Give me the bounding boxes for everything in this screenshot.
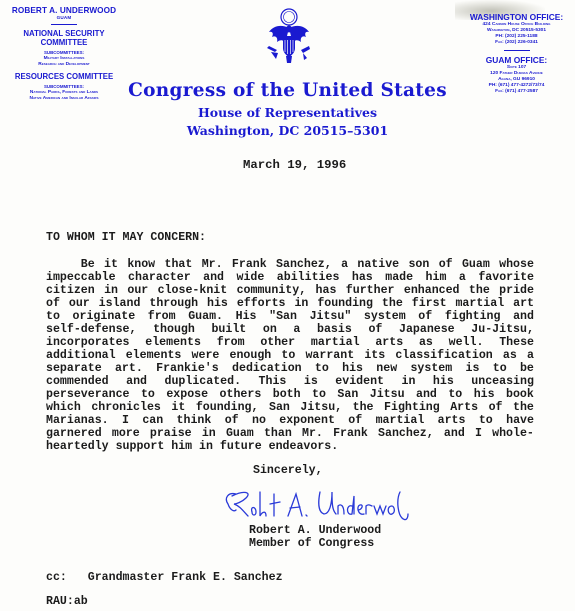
- washington-office-heading: WASHINGTON OFFICE:: [458, 12, 575, 22]
- body-line: heartedly support him in future endeavor…: [46, 440, 534, 453]
- member-name: ROBERT A. UNDERWOOD: [0, 6, 128, 15]
- cc-recipient: Grandmaster Frank E. Sanchez: [88, 571, 283, 584]
- reference-initials: RAU:ab: [46, 595, 88, 608]
- guam-office-heading: GUAM OFFICE:: [458, 55, 575, 65]
- closing: Sincerely,: [253, 464, 323, 477]
- cc-label: cc:: [46, 571, 67, 584]
- signer-name: Robert A. Underwood: [249, 524, 381, 537]
- member-district: Guam: [0, 15, 128, 20]
- body-line: additionalelementswereenoughtowarrantits…: [46, 349, 534, 362]
- body-line: ofourislandthroughhiseffortsinfoundingth…: [46, 297, 534, 310]
- body-line: separateart.Frankie'sdedicationtohisnews…: [46, 362, 534, 375]
- letterhead-title: Congress of the United States: [0, 80, 575, 101]
- body-line: impeccablecharacterandwideabilitieshasma…: [46, 271, 534, 284]
- cc-line: cc: Grandmaster Frank E. Sanchez: [46, 571, 283, 584]
- body-line: self-defense,thoughbuiltonabasisofJapane…: [46, 323, 534, 336]
- body-line: incorporateselementsfromothermartialarts…: [46, 336, 534, 349]
- body-line: commendedandduplicated.Thisisevidentinhi…: [46, 375, 534, 388]
- body-line: citizeninourclose-knitcommunity,hasfurth…: [46, 284, 534, 297]
- office-fax: Fax: (202) 226-0341: [458, 40, 575, 46]
- letter-body: BeitknowthatMr.FrankSanchez,anativesonof…: [46, 258, 534, 453]
- body-line: whichchroniclesitfounding,SanJitsu,theFi…: [46, 401, 534, 414]
- divider: [51, 24, 77, 25]
- body-line: tooriginatefromGuam.His"SanJitsu"systemo…: [46, 310, 534, 323]
- letterhead-subtitle: House of Representatives: [0, 105, 575, 120]
- committee-national-security: NATIONAL SECURITY COMMITTEE: [0, 29, 128, 47]
- signer-title: Member of Congress: [249, 537, 381, 550]
- great-seal-eagle-icon: [263, 6, 315, 68]
- signer-block: Robert A. Underwood Member of Congress: [249, 524, 381, 550]
- subcommittee: Research and Development: [0, 62, 128, 68]
- letterhead-address: Washington, DC 20515–5301: [0, 123, 575, 138]
- body-line: Marianas.Icanthinkofnoexponentofmartiala…: [46, 414, 534, 427]
- divider: [504, 50, 530, 51]
- body-line: garneredmorepraiseinGuamthanMr.FrankSanc…: [46, 427, 534, 440]
- salutation: TO WHOM IT MAY CONCERN:: [46, 231, 206, 244]
- body-line: BeitknowthatMr.FrankSanchez,anativesonof…: [46, 258, 534, 271]
- letter-date: March 19, 1996: [243, 158, 346, 172]
- body-line: perseverancetoexposeothersbothtoSanJitsu…: [46, 388, 534, 401]
